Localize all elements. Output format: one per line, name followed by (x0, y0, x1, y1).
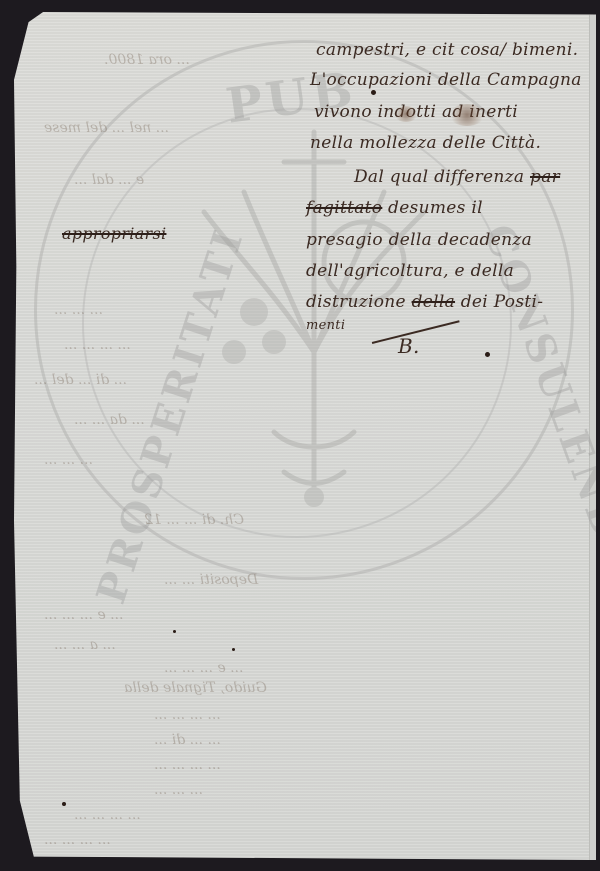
text-line-4: nella mollezza delle Città. (310, 133, 541, 153)
signature-initial: B. (398, 334, 420, 358)
bleed-through-line: Guido, Tignale della (124, 680, 267, 696)
text-line-9-start: distruzione (306, 292, 412, 312)
scan-frame: PUB PROSPERITATI CONSULENDAE (0, 0, 600, 871)
bleed-through-line: ... di ... del ... (34, 372, 127, 388)
bleed-through-line: ... ... ... (44, 452, 93, 468)
bleed-through-line: ... e ... ... ... (44, 607, 124, 623)
struck-word-della: della (412, 292, 455, 312)
struck-word-fagittato: fagittato (306, 198, 382, 218)
manuscript-page: PUB PROSPERITATI CONSULENDAE (14, 12, 596, 860)
text-line-7: presagio della decadenza (306, 230, 532, 250)
ink-spot (173, 630, 176, 633)
bleed-through-line: ... ... ... (54, 302, 103, 318)
ink-spot (232, 648, 235, 651)
text-line-5: Dal qual differenza par (354, 167, 560, 187)
ink-stain (394, 106, 418, 122)
bleed-through-line: ... nel ... del mese (44, 120, 169, 136)
text-line-1: campestri, e cit cosa/ bimeni. (316, 40, 578, 60)
text-line-2: L'occupazioni della Campagna (310, 70, 582, 90)
bleed-through-line: e ... dal ... (74, 172, 144, 188)
text-line-8: dell'agricoltura, e della (306, 261, 514, 281)
ink-spot (62, 802, 66, 806)
bleed-through-line: ... ... ... (154, 782, 203, 798)
struck-word-par: par (530, 167, 560, 187)
bleed-through-line: ... ... di ... (154, 732, 221, 748)
margin-note-struck: appropriarsi (62, 224, 166, 243)
text-line-5-words: Dal qual differenza (354, 167, 530, 187)
text-line-6: fagittato desumes il (306, 198, 483, 218)
bleed-through-line: ... da ... ... (74, 412, 145, 428)
bleed-through-line: ... e ... ... ... (164, 660, 244, 676)
bleed-through-line: ... ... ... ... (154, 707, 221, 723)
bleed-through-line: ... ora 1800. (104, 52, 190, 68)
text-line-9-end: dei Posti- (455, 292, 543, 312)
text-line-10: menti (306, 318, 345, 333)
bleed-through-line: ... ... ... ... (74, 807, 141, 823)
bleed-through-line: ... a ... ... (54, 637, 116, 653)
text-line-6-words: desumes il (382, 198, 483, 218)
bleed-through-line: ... ... ... ... (44, 832, 111, 848)
ink-stain (449, 104, 485, 126)
bleed-through-line: Ch. di ... ... 12 (144, 512, 244, 528)
ink-spot (485, 352, 490, 357)
text-line-9: distruzione della dei Posti- (306, 292, 543, 312)
ink-spot (371, 90, 376, 95)
bleed-through-line: Depositi ... ... (164, 572, 258, 588)
bleed-through-line: ... ... ... ... (64, 337, 131, 353)
bleed-through-line: ... ... ... ... (154, 757, 221, 773)
